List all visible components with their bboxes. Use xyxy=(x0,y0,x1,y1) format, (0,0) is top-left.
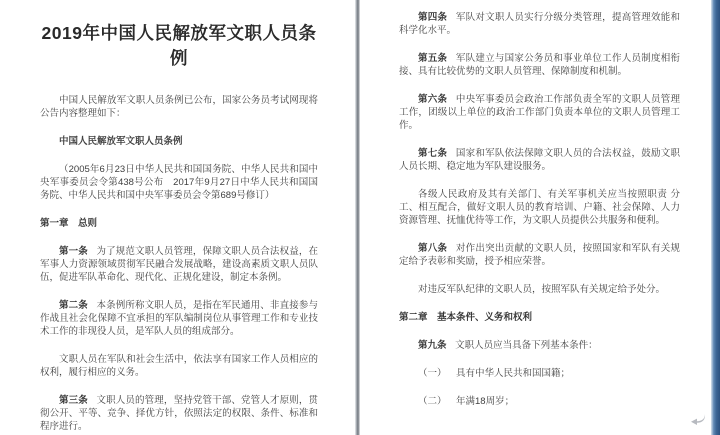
condition-item-1-text: 具有中华人民共和国国籍； xyxy=(456,368,570,379)
article-8-continuation-paragraph: 对违反军队纪律的文职人员，按照军队有关规定给予处分。 xyxy=(399,283,680,296)
article-7-label: 第七条 xyxy=(418,148,447,159)
document-subtitle: 中国人民解放军文职人员条例 xyxy=(40,135,318,148)
condition-item-2-number: （二） xyxy=(418,396,447,407)
right-page: 第四条军队对文职人员实行分级分类管理，提高管理效能和科学化水平。 第五条军队建立… xyxy=(360,0,711,435)
article-2-continuation-text: 文职人员在军队和社会生活中，依法享有国家工作人员相应的权利，履行相应的义务。 xyxy=(40,354,318,378)
article-8-continuation-text: 对违反军队纪律的文职人员，按照军队有关规定给予处分。 xyxy=(418,284,665,295)
chapter-1-heading: 第一章 总则 xyxy=(40,217,318,230)
article-4-label: 第四条 xyxy=(418,12,447,23)
scrollbar[interactable] xyxy=(711,0,720,435)
article-7-paragraph: 第七条国家和军队依法保障文职人员的合法权益，鼓励文职人员长期、稳定地为军队建设服… xyxy=(399,147,680,173)
article-7-continuation-text: 各级人民政府及其有关部门、有关军事机关应当按照职责 分 工、相互配合，做好文职人… xyxy=(399,189,690,226)
document-viewer: 2019年中国人民解放军文职人员条例 中国人民解放军文职人员条例已公布，国家公务… xyxy=(0,0,720,435)
article-6-paragraph: 第六条中央军事委员会政治工作部负责全军的文职人员管理工作，团级以上单位的政治工作… xyxy=(399,93,680,132)
article-9-paragraph: 第九条文职人员应当具备下列基本条件： xyxy=(399,339,680,352)
decree-paragraph: （2005年6月23日中华人民共和国国务院、中华人民共和国中央军事委员会令第43… xyxy=(40,163,318,202)
article-1-paragraph: 第一条为了规范文职人员管理，保障文职人员合法权益，在军事人力资源领域贯彻军民融合… xyxy=(40,245,318,284)
article-3-paragraph: 第三条文职人员的管理，坚持党管干部、党管人才原则，贯彻公开、平等、竞争、择优方针… xyxy=(40,394,318,433)
article-5-label: 第五条 xyxy=(418,53,447,64)
chapter-2-heading: 第二章 基本条件、义务和权利 xyxy=(399,311,680,324)
page-turn-icon[interactable] xyxy=(690,412,706,424)
article-2-paragraph: 第二条本条例所称文职人员，是指在军民通用、非直接参与作战且社会化保障不宜承担的军… xyxy=(40,299,318,338)
article-2-continuation-paragraph: 文职人员在军队和社会生活中，依法享有国家工作人员相应的权利，履行相应的义务。 xyxy=(40,353,318,379)
left-page: 2019年中国人民解放军文职人员条例 中国人民解放军文职人员条例已公布，国家公务… xyxy=(0,0,356,435)
document-title: 2019年中国人民解放军文职人员条例 xyxy=(40,20,318,70)
article-4-paragraph: 第四条军队对文职人员实行分级分类管理，提高管理效能和科学化水平。 xyxy=(399,11,680,37)
article-6-label: 第六条 xyxy=(418,94,447,105)
condition-item-1-number: （一） xyxy=(418,368,447,379)
condition-item-2: （二）年满18周岁； xyxy=(399,395,680,408)
article-8-paragraph: 第八条对作出突出贡献的文职人员，按照国家和军队有关规定给予表彰和奖励，授予相应荣… xyxy=(399,242,680,268)
article-5-paragraph: 第五条军队建立与国家公务员和事业单位工作人员制度相衔接、具有比较优势的文职人员管… xyxy=(399,52,680,78)
article-9-text: 文职人员应当具备下列基本条件： xyxy=(455,340,598,351)
intro-paragraph: 中国人民解放军文职人员条例已公布，国家公务员考试网现将公告内容整理如下： xyxy=(40,94,318,120)
article-1-label: 第一条 xyxy=(59,246,88,257)
article-8-label: 第八条 xyxy=(418,243,447,254)
article-2-label: 第二条 xyxy=(59,300,88,311)
article-7-continuation-paragraph: 各级人民政府及其有关部门、有关军事机关应当按照职责 分 工、相互配合，做好文职人… xyxy=(399,188,680,227)
condition-item-2-text: 年满18周岁； xyxy=(456,396,514,407)
condition-item-1: （一）具有中华人民共和国国籍； xyxy=(399,367,680,380)
article-3-label: 第三条 xyxy=(59,395,88,406)
article-9-label: 第九条 xyxy=(418,340,447,351)
